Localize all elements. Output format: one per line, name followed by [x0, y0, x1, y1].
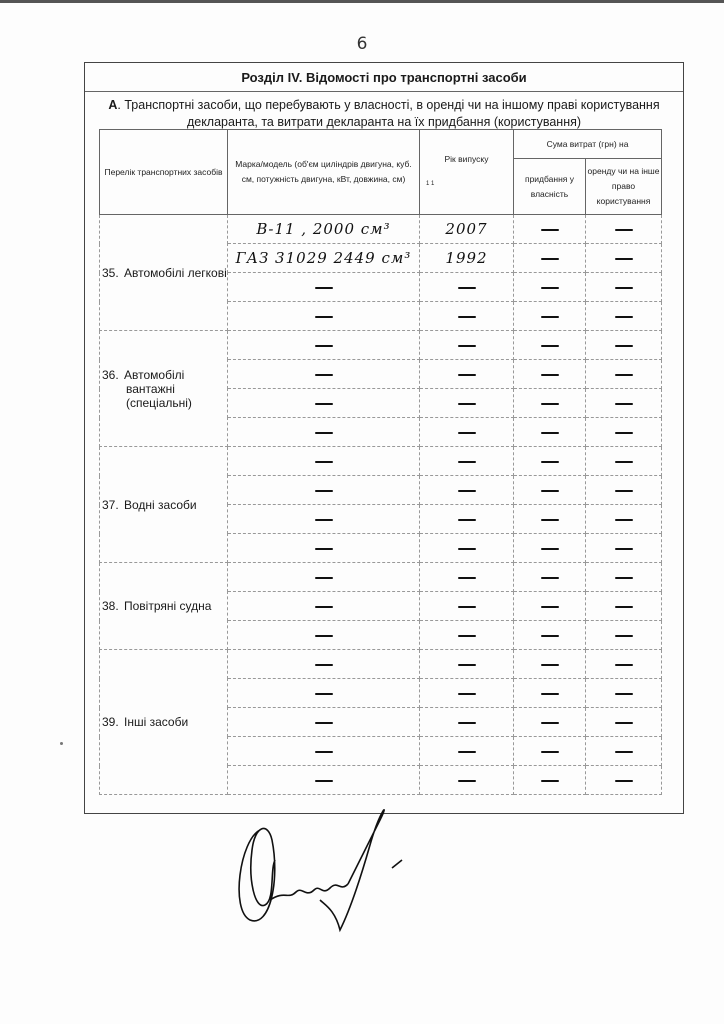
dash-mark — [615, 751, 633, 753]
dash-mark — [615, 461, 633, 463]
dash-mark — [315, 374, 333, 376]
cell-purchase[interactable] — [514, 360, 586, 389]
dash-mark — [458, 780, 476, 782]
subtitle: А. Транспортні засоби, що перебувають у … — [91, 97, 677, 131]
cell-model[interactable] — [228, 621, 420, 650]
cell-year[interactable] — [420, 621, 514, 650]
dash-mark — [541, 548, 559, 550]
dash-mark — [315, 606, 333, 608]
handwritten-value: ГАЗ 31029 2449 см³ — [236, 249, 412, 267]
cell-purchase[interactable] — [514, 331, 586, 360]
cell-model[interactable]: В-11 , 2000 см³ — [228, 215, 420, 244]
dash-mark — [541, 606, 559, 608]
dash-mark — [541, 345, 559, 347]
cell-year[interactable] — [420, 679, 514, 708]
cell-model[interactable] — [228, 708, 420, 737]
dash-mark — [315, 548, 333, 550]
dash-mark — [541, 432, 559, 434]
cell-year[interactable] — [420, 360, 514, 389]
dash-mark — [615, 635, 633, 637]
dash-mark — [315, 461, 333, 463]
category-label: Автомобілі легкові — [124, 266, 227, 280]
cell-year[interactable] — [420, 331, 514, 360]
dash-mark — [615, 577, 633, 579]
cell-rent[interactable] — [586, 273, 662, 302]
cell-model[interactable] — [228, 302, 420, 331]
dash-mark — [315, 577, 333, 579]
cell-year[interactable] — [420, 447, 514, 476]
cell-year[interactable] — [420, 418, 514, 447]
dash-mark — [615, 664, 633, 666]
dash-mark — [315, 345, 333, 347]
cell-rent[interactable] — [586, 244, 662, 273]
cell-rent[interactable] — [586, 650, 662, 679]
handwritten-value: В-11 , 2000 см³ — [256, 220, 390, 238]
subtitle-text: . Транспортні засоби, що перебувають у в… — [117, 98, 659, 129]
dash-mark — [541, 780, 559, 782]
dash-mark — [615, 287, 633, 289]
dash-mark — [615, 519, 633, 521]
category-label: Повітряні судна — [124, 599, 211, 613]
cell-model[interactable] — [228, 650, 420, 679]
dash-mark — [458, 577, 476, 579]
dash-mark — [541, 693, 559, 695]
dash-mark — [458, 722, 476, 724]
category-number: 39. — [102, 715, 124, 729]
dash-mark — [541, 664, 559, 666]
dash-mark — [615, 403, 633, 405]
cell-purchase[interactable] — [514, 418, 586, 447]
dash-mark — [458, 432, 476, 434]
dash-mark — [315, 722, 333, 724]
dash-mark — [615, 548, 633, 550]
cell-rent[interactable] — [586, 708, 662, 737]
category-cell: 39.Інші засоби — [100, 650, 228, 795]
dash-mark — [315, 403, 333, 405]
cell-purchase[interactable] — [514, 679, 586, 708]
vehicles-table: Перелік транспортних засобів Марка/модел… — [99, 129, 662, 795]
cell-year[interactable] — [420, 302, 514, 331]
category-cell: 35.Автомобілі легкові — [100, 215, 228, 331]
cell-year[interactable] — [420, 592, 514, 621]
dash-mark — [541, 751, 559, 753]
cell-model[interactable] — [228, 476, 420, 505]
cell-purchase[interactable] — [514, 534, 586, 563]
cell-purchase[interactable] — [514, 737, 586, 766]
table-row: 37.Водні засоби — [100, 447, 662, 476]
dash-mark — [541, 316, 559, 318]
dash-mark — [615, 606, 633, 608]
category-label: Автомобілі вантажні (спеціальні) — [124, 368, 192, 410]
cell-rent[interactable] — [586, 592, 662, 621]
dash-mark — [458, 461, 476, 463]
cell-rent[interactable] — [586, 331, 662, 360]
dash-mark — [541, 635, 559, 637]
dash-mark — [615, 316, 633, 318]
category-cell: 38.Повітряні судна — [100, 563, 228, 650]
cell-purchase[interactable] — [514, 505, 586, 534]
cell-purchase[interactable] — [514, 592, 586, 621]
category-label: Інші засоби — [124, 715, 188, 729]
cell-rent[interactable] — [586, 476, 662, 505]
cell-purchase[interactable] — [514, 244, 586, 273]
cell-model[interactable] — [228, 592, 420, 621]
dash-mark — [615, 374, 633, 376]
dash-mark — [541, 722, 559, 724]
cell-year[interactable] — [420, 389, 514, 418]
cell-rent[interactable] — [586, 418, 662, 447]
dash-mark — [458, 374, 476, 376]
cell-rent[interactable] — [586, 679, 662, 708]
header-purchase: придбання у власність — [514, 159, 586, 215]
dash-mark — [541, 577, 559, 579]
dash-mark — [615, 780, 633, 782]
cell-purchase[interactable] — [514, 563, 586, 592]
dash-mark — [541, 403, 559, 405]
dash-mark — [458, 287, 476, 289]
header-rent: оренду чи на інше право користування — [586, 159, 662, 215]
dash-mark — [458, 693, 476, 695]
dash-mark — [458, 519, 476, 521]
cell-model[interactable] — [228, 360, 420, 389]
dash-mark — [458, 751, 476, 753]
cell-purchase[interactable] — [514, 447, 586, 476]
cell-year[interactable] — [420, 273, 514, 302]
header-model: Марка/модель (об'єм циліндрів двигуна, к… — [228, 130, 420, 215]
dash-mark — [615, 229, 633, 231]
cell-year[interactable] — [420, 563, 514, 592]
dash-mark — [315, 780, 333, 782]
cell-model[interactable] — [228, 331, 420, 360]
cell-year[interactable] — [420, 476, 514, 505]
cell-model[interactable] — [228, 389, 420, 418]
header-year: Рік випуску 1 1 — [420, 130, 514, 215]
section-frame: Розділ IV. Відомості про транспортні зас… — [84, 62, 684, 814]
dash-mark — [541, 374, 559, 376]
dash-mark — [315, 432, 333, 434]
scan-speck — [60, 742, 63, 745]
cell-year[interactable] — [420, 534, 514, 563]
cell-model[interactable] — [228, 505, 420, 534]
cell-year[interactable] — [420, 650, 514, 679]
dash-mark — [615, 693, 633, 695]
dash-mark — [615, 345, 633, 347]
cell-purchase[interactable] — [514, 273, 586, 302]
cell-model[interactable] — [228, 766, 420, 795]
section-title: Розділ IV. Відомості про транспортні зас… — [85, 63, 683, 92]
cell-model[interactable] — [228, 534, 420, 563]
cell-rent[interactable] — [586, 360, 662, 389]
dash-mark — [458, 635, 476, 637]
dash-mark — [541, 229, 559, 231]
cell-model[interactable] — [228, 679, 420, 708]
cell-year[interactable] — [420, 505, 514, 534]
cell-rent[interactable] — [586, 215, 662, 244]
cell-rent[interactable] — [586, 389, 662, 418]
scan-edge — [0, 0, 724, 3]
header-expenses: Сума витрат (грн) на — [514, 130, 662, 159]
cell-purchase[interactable] — [514, 708, 586, 737]
table-row: 38.Повітряні судна — [100, 563, 662, 592]
category-cell: 37.Водні засоби — [100, 447, 228, 563]
handwritten-value: 1992 — [445, 249, 487, 267]
dash-mark — [541, 287, 559, 289]
cell-model[interactable] — [228, 563, 420, 592]
cell-year[interactable]: 1992 — [420, 244, 514, 273]
category-number: 36. — [102, 368, 124, 382]
dash-mark — [458, 316, 476, 318]
header-list: Перелік транспортних засобів — [100, 130, 228, 215]
dash-mark — [315, 751, 333, 753]
category-number: 38. — [102, 599, 124, 613]
cell-rent[interactable] — [586, 737, 662, 766]
dash-mark — [541, 519, 559, 521]
cell-model[interactable] — [228, 737, 420, 766]
table-row: 36.Автомобілі вантажні (спеціальні) — [100, 331, 662, 360]
cell-purchase[interactable] — [514, 766, 586, 795]
cell-model[interactable] — [228, 418, 420, 447]
dash-mark — [458, 664, 476, 666]
dash-mark — [458, 606, 476, 608]
page-number: 6 — [0, 34, 724, 54]
dash-mark — [458, 490, 476, 492]
cell-model[interactable]: ГАЗ 31029 2449 см³ — [228, 244, 420, 273]
cell-rent[interactable] — [586, 621, 662, 650]
handwritten-value: 2007 — [445, 220, 487, 238]
cell-year[interactable]: 2007 — [420, 215, 514, 244]
dash-mark — [458, 345, 476, 347]
cell-rent[interactable] — [586, 302, 662, 331]
dash-mark — [315, 316, 333, 318]
cell-rent[interactable] — [586, 563, 662, 592]
dash-mark — [315, 287, 333, 289]
dash-mark — [458, 548, 476, 550]
cell-rent[interactable] — [586, 505, 662, 534]
table-row: 39.Інші засоби — [100, 650, 662, 679]
cell-rent[interactable] — [586, 534, 662, 563]
category-number: 37. — [102, 498, 124, 512]
category-number: 35. — [102, 266, 124, 280]
dash-mark — [541, 461, 559, 463]
cell-purchase[interactable] — [514, 302, 586, 331]
dash-mark — [541, 490, 559, 492]
dash-mark — [615, 432, 633, 434]
cell-purchase[interactable] — [514, 650, 586, 679]
dash-mark — [315, 693, 333, 695]
header-year-label: Рік випуску — [420, 152, 513, 167]
cell-year[interactable] — [420, 766, 514, 795]
dash-mark — [615, 722, 633, 724]
cell-rent[interactable] — [586, 766, 662, 795]
header-year-note: 1 1 — [420, 177, 513, 192]
signature-icon — [230, 800, 420, 940]
dash-mark — [615, 490, 633, 492]
cell-model[interactable] — [228, 447, 420, 476]
dash-mark — [315, 664, 333, 666]
cell-purchase[interactable] — [514, 621, 586, 650]
dash-mark — [615, 258, 633, 260]
dash-mark — [315, 519, 333, 521]
category-label: Водні засоби — [124, 498, 197, 512]
table-body: 35.Автомобілі легковіВ-11 , 2000 см³2007… — [100, 215, 662, 795]
dash-mark — [315, 490, 333, 492]
cell-purchase[interactable] — [514, 389, 586, 418]
category-cell: 36.Автомобілі вантажні (спеціальні) — [100, 331, 228, 447]
cell-year[interactable] — [420, 708, 514, 737]
dash-mark — [541, 258, 559, 260]
dash-mark — [315, 635, 333, 637]
table-row: 35.Автомобілі легковіВ-11 , 2000 см³2007 — [100, 215, 662, 244]
dash-mark — [458, 403, 476, 405]
cell-purchase[interactable] — [514, 215, 586, 244]
cell-rent[interactable] — [586, 447, 662, 476]
cell-year[interactable] — [420, 737, 514, 766]
cell-model[interactable] — [228, 273, 420, 302]
cell-purchase[interactable] — [514, 476, 586, 505]
